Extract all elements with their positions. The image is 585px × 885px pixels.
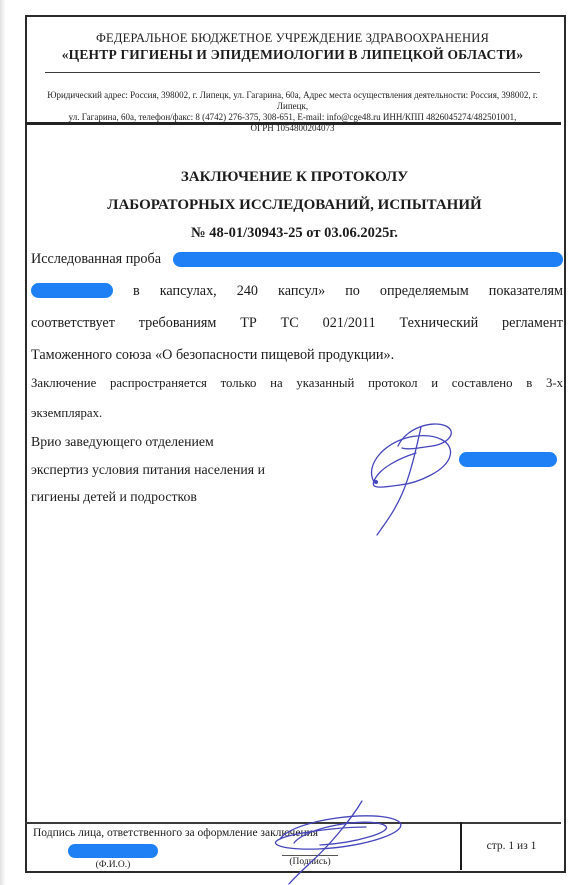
body-line1-text: Исследованная проба — [31, 243, 161, 275]
document-title: ЗАКЛЮЧЕНИЕ К ПРОТОКОЛУ ЛАБОРАТОРНЫХ ИССЛ… — [26, 163, 563, 247]
note-line1: Заключение распространяется только на ук… — [31, 368, 563, 398]
signer-line2: экспертиз условия питания населения и — [31, 456, 361, 484]
conclusion-paragraph: Исследованная проба в капсулах, 240 капс… — [31, 243, 563, 371]
organization-name-line1: ФЕДЕРАЛЬНОЕ БЮДЖЕТНОЕ УЧРЕЖДЕНИЕ ЗДРАВОО… — [40, 31, 545, 46]
header-divider-thick — [26, 122, 561, 125]
page-number: стр. 1 из 1 — [461, 822, 562, 870]
body-line2-text: в капсулах, 240 капсул» по определяемым … — [133, 283, 563, 299]
signature-ink-footer — [256, 797, 420, 885]
body-line3-text: соответствует требованиям ТР ТС 021/2011… — [31, 307, 563, 339]
title-line2: ЛАБОРАТОРНЫХ ИССЛЕДОВАНИЙ, ИСПЫТАНИЙ — [26, 191, 563, 219]
signer-line3: гигиены детей и подростков — [31, 483, 361, 511]
address-line3: ОГРН 1054800204073 — [32, 123, 553, 134]
organization-name-line2: «ЦЕНТР ГИГИЕНЫ И ЭПИДЕМИОЛОГИИ В ЛИПЕЦКО… — [30, 47, 555, 63]
redaction-pill — [31, 283, 113, 298]
signer-line1: Врио заведующего отделением — [31, 428, 361, 456]
redaction-pill-signer-name — [459, 452, 557, 467]
signature-ink-main — [358, 418, 466, 538]
signer-position: Врио заведующего отделением экспертиз ус… — [31, 428, 361, 511]
note-line2: экземплярах. — [31, 398, 563, 428]
note-paragraph: Заключение распространяется только на ук… — [31, 368, 563, 428]
header-divider-thin — [45, 72, 540, 73]
organization-address: Юридический адрес: Россия, 398002, г. Ли… — [32, 90, 553, 134]
fio-caption: (Ф.И.О.) — [58, 860, 168, 870]
redaction-pill-footer-name — [68, 844, 158, 858]
address-line1: Юридический адрес: Россия, 398002, г. Ли… — [32, 90, 553, 112]
title-line1: ЗАКЛЮЧЕНИЕ К ПРОТОКОЛУ — [26, 163, 563, 191]
body-line4-text: Таможенного союза «О безопасности пищево… — [31, 339, 563, 371]
redaction-bar — [173, 252, 563, 267]
scan-shadow — [0, 0, 6, 885]
